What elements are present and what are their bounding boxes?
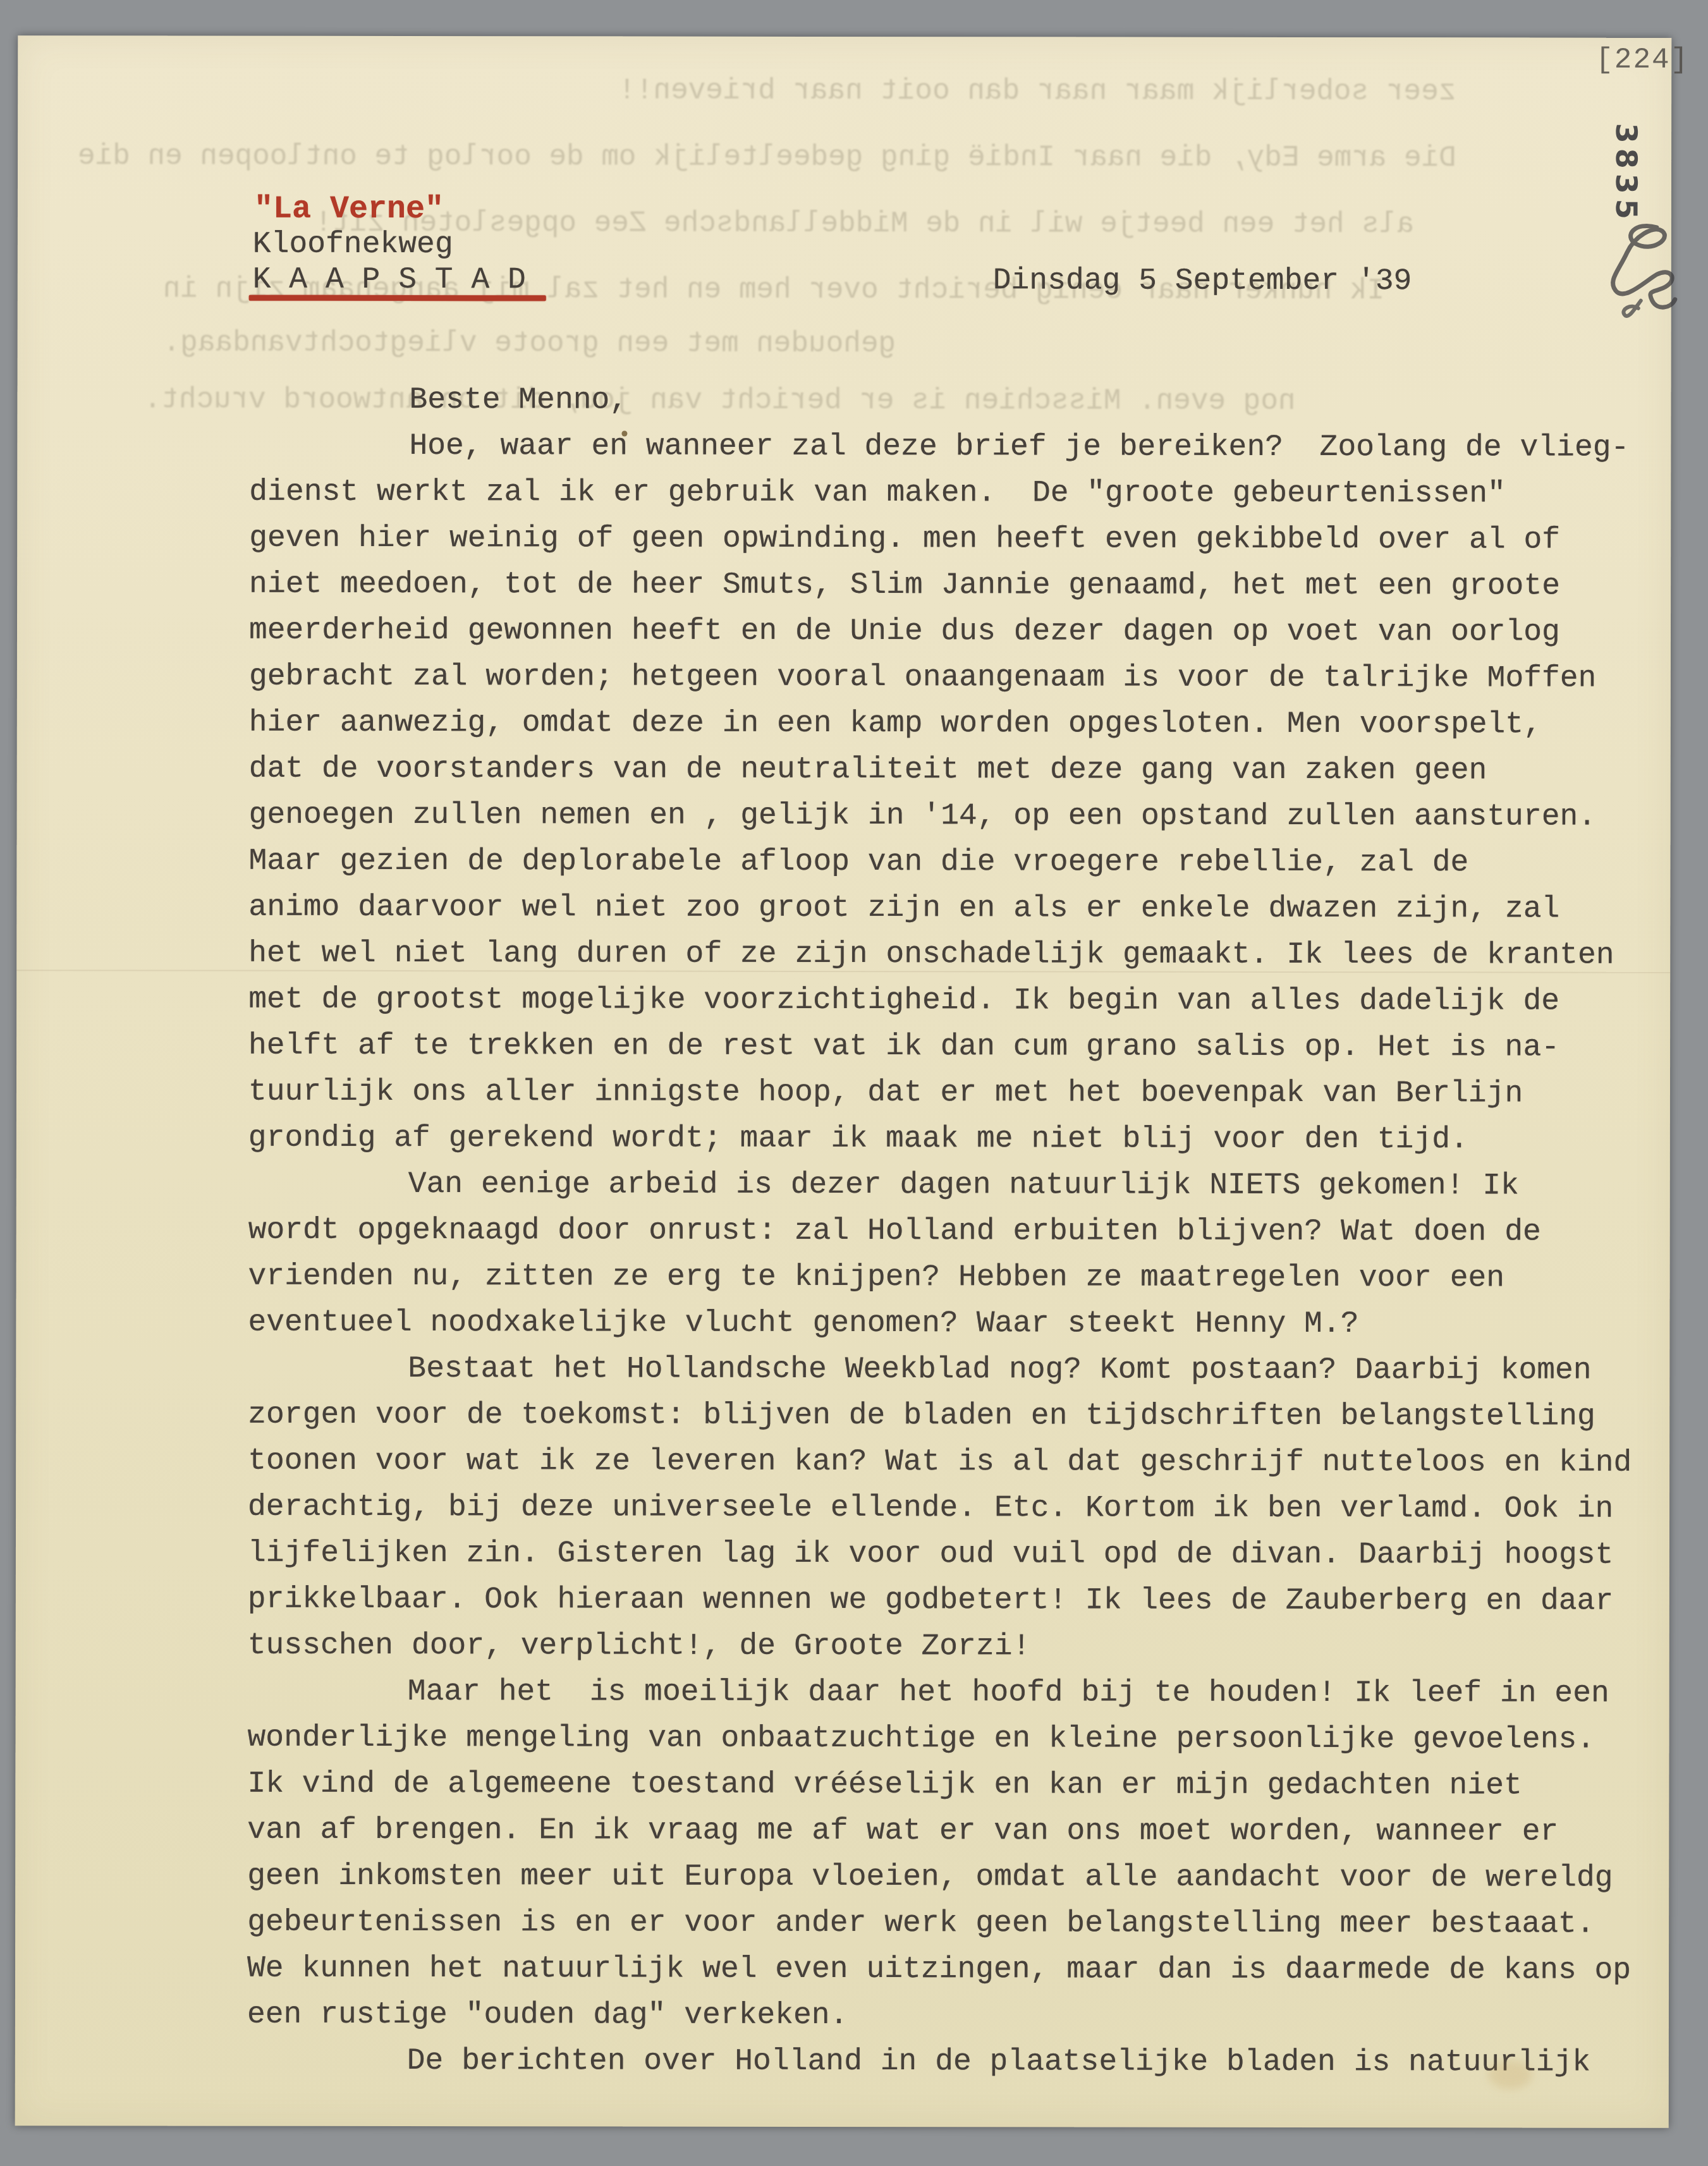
letterhead-street: Kloofnekweg [253, 229, 453, 260]
letter-line: Van eenige arbeid is dezer dagen natuurl… [248, 1162, 1645, 1210]
letter-line: Hoe, waar en wanneer zal deze brief je b… [249, 423, 1646, 472]
letter-line: Bestaat het Hollandsche Weekblad nog? Ko… [248, 1346, 1645, 1394]
ink-scribble-mark [1597, 220, 1692, 327]
letter-line: toonen voor wat ik ze leveren kan? Wat i… [248, 1439, 1645, 1487]
letter-body: Beste Menno, Hoe, waar en wanneer zal de… [247, 377, 1647, 2086]
letter-line: dienst werkt zal ik er gebruik van maken… [249, 470, 1646, 518]
bleedthrough-line: zeer soberlijk maar naar dan ooit naar b… [618, 75, 1456, 109]
letter-line: wonderlijke mengeling van onbaatzuchtige… [247, 1715, 1644, 1763]
letter-line: lijfelijken zin. Gisteren lag ik voor ou… [248, 1531, 1645, 1579]
letter-line: niet meedoen, tot de heer Smuts, Slim Ja… [249, 562, 1646, 610]
bleedthrough-line: gehouden met een groote vliegtochtvandaa… [163, 326, 896, 360]
letter-line: prikkelbaar. Ook hieraan wennen we godbe… [248, 1577, 1645, 1625]
bleedthrough-line: als het een beetje wil in de Middellands… [315, 207, 1414, 241]
paper-stain [1488, 2060, 1532, 2089]
letterhead-house-name: "La Verne" [254, 194, 444, 226]
letterhead-city: K A A P S T A D [253, 265, 526, 296]
letter-line: eventueel noodxakelijke vlucht genomen? … [248, 1300, 1645, 1348]
letter-line: van af brengen. En ik vraag me af wat er… [247, 1808, 1644, 1856]
letter-line: vrienden nu, zitten ze erg te knijpen? H… [248, 1254, 1645, 1302]
letter-line: grondig af gerekend wordt; maar ik maak … [248, 1116, 1645, 1164]
letter-line: geen inkomsten meer uit Europa vloeien, … [247, 1854, 1644, 1902]
bleedthrough-line: Die arme Edy, die naar Indië ging gedeel… [78, 140, 1456, 174]
letter-line: dat de voorstanders van de neutraliteit … [249, 746, 1646, 794]
paper-speck [621, 431, 627, 437]
scanned-letter-page: zeer soberlijk maar naar dan ooit naar b… [0, 0, 1708, 2166]
dateline: Dinsdag 5 September '39 [993, 265, 1412, 296]
letter-line: Maar het is moeilijk daar het hoofd bij … [248, 1669, 1645, 1717]
letter-line: geven hier weinig of geen opwinding. men… [249, 516, 1646, 564]
letterhead-red-underline [249, 295, 546, 301]
bleedthrough-layer: zeer soberlijk maar naar dan ooit naar b… [18, 35, 1671, 38]
letter-line: zorgen voor de toekomst: blijven de blad… [248, 1392, 1645, 1440]
letter-line: een rustige "ouden dag" verkeken. [247, 1992, 1644, 2040]
letter-line: hier aanwezig, omdat deze in een kamp wo… [249, 700, 1646, 748]
letter-line: gebracht zal worden; hetgeen vooral onaa… [249, 654, 1646, 702]
letter-line: animo daarvoor wel niet zoo groot zijn e… [248, 885, 1645, 933]
letter-line: derachtig, bij deze universeele ellende.… [248, 1485, 1645, 1533]
letter-line: Ik vind de algemeene toestand vrééselijk… [247, 1761, 1644, 1810]
letter-line: meerderheid gewonnen heeft en de Unie du… [249, 608, 1646, 656]
letter-line: De berichten over Holland in de plaatsel… [247, 2038, 1644, 2086]
letter-paper: zeer soberlijk maar naar dan ooit naar b… [15, 35, 1672, 2128]
letter-line: met de grootst mogelijke voorzichtigheid… [248, 977, 1645, 1025]
letter-line: tusschen door, verplicht!, de Groote Zor… [248, 1623, 1645, 1671]
letter-line: helft af te trekken en de rest vat ik da… [248, 1023, 1645, 1071]
letter-line: gebeurtenissen is en er voor ander werk … [247, 1900, 1644, 1948]
handwritten-number: 3835 [1608, 123, 1645, 218]
letter-line: We kunnen het natuurlijk wel even uitzin… [247, 1946, 1644, 1994]
letter-line: tuurlijk ons aller innigste hoop, dat er… [248, 1069, 1645, 1117]
salutation: Beste Menno, [249, 377, 1646, 425]
letter-line: Maar gezien de deplorabele afloop van di… [248, 839, 1645, 887]
letter-line: genoegen zullen nemen en , gelijk in '14… [249, 793, 1646, 841]
archive-page-number: [224] [1595, 46, 1689, 75]
letter-line: wordt opgeknaagd door onrust: zal Hollan… [248, 1208, 1645, 1256]
